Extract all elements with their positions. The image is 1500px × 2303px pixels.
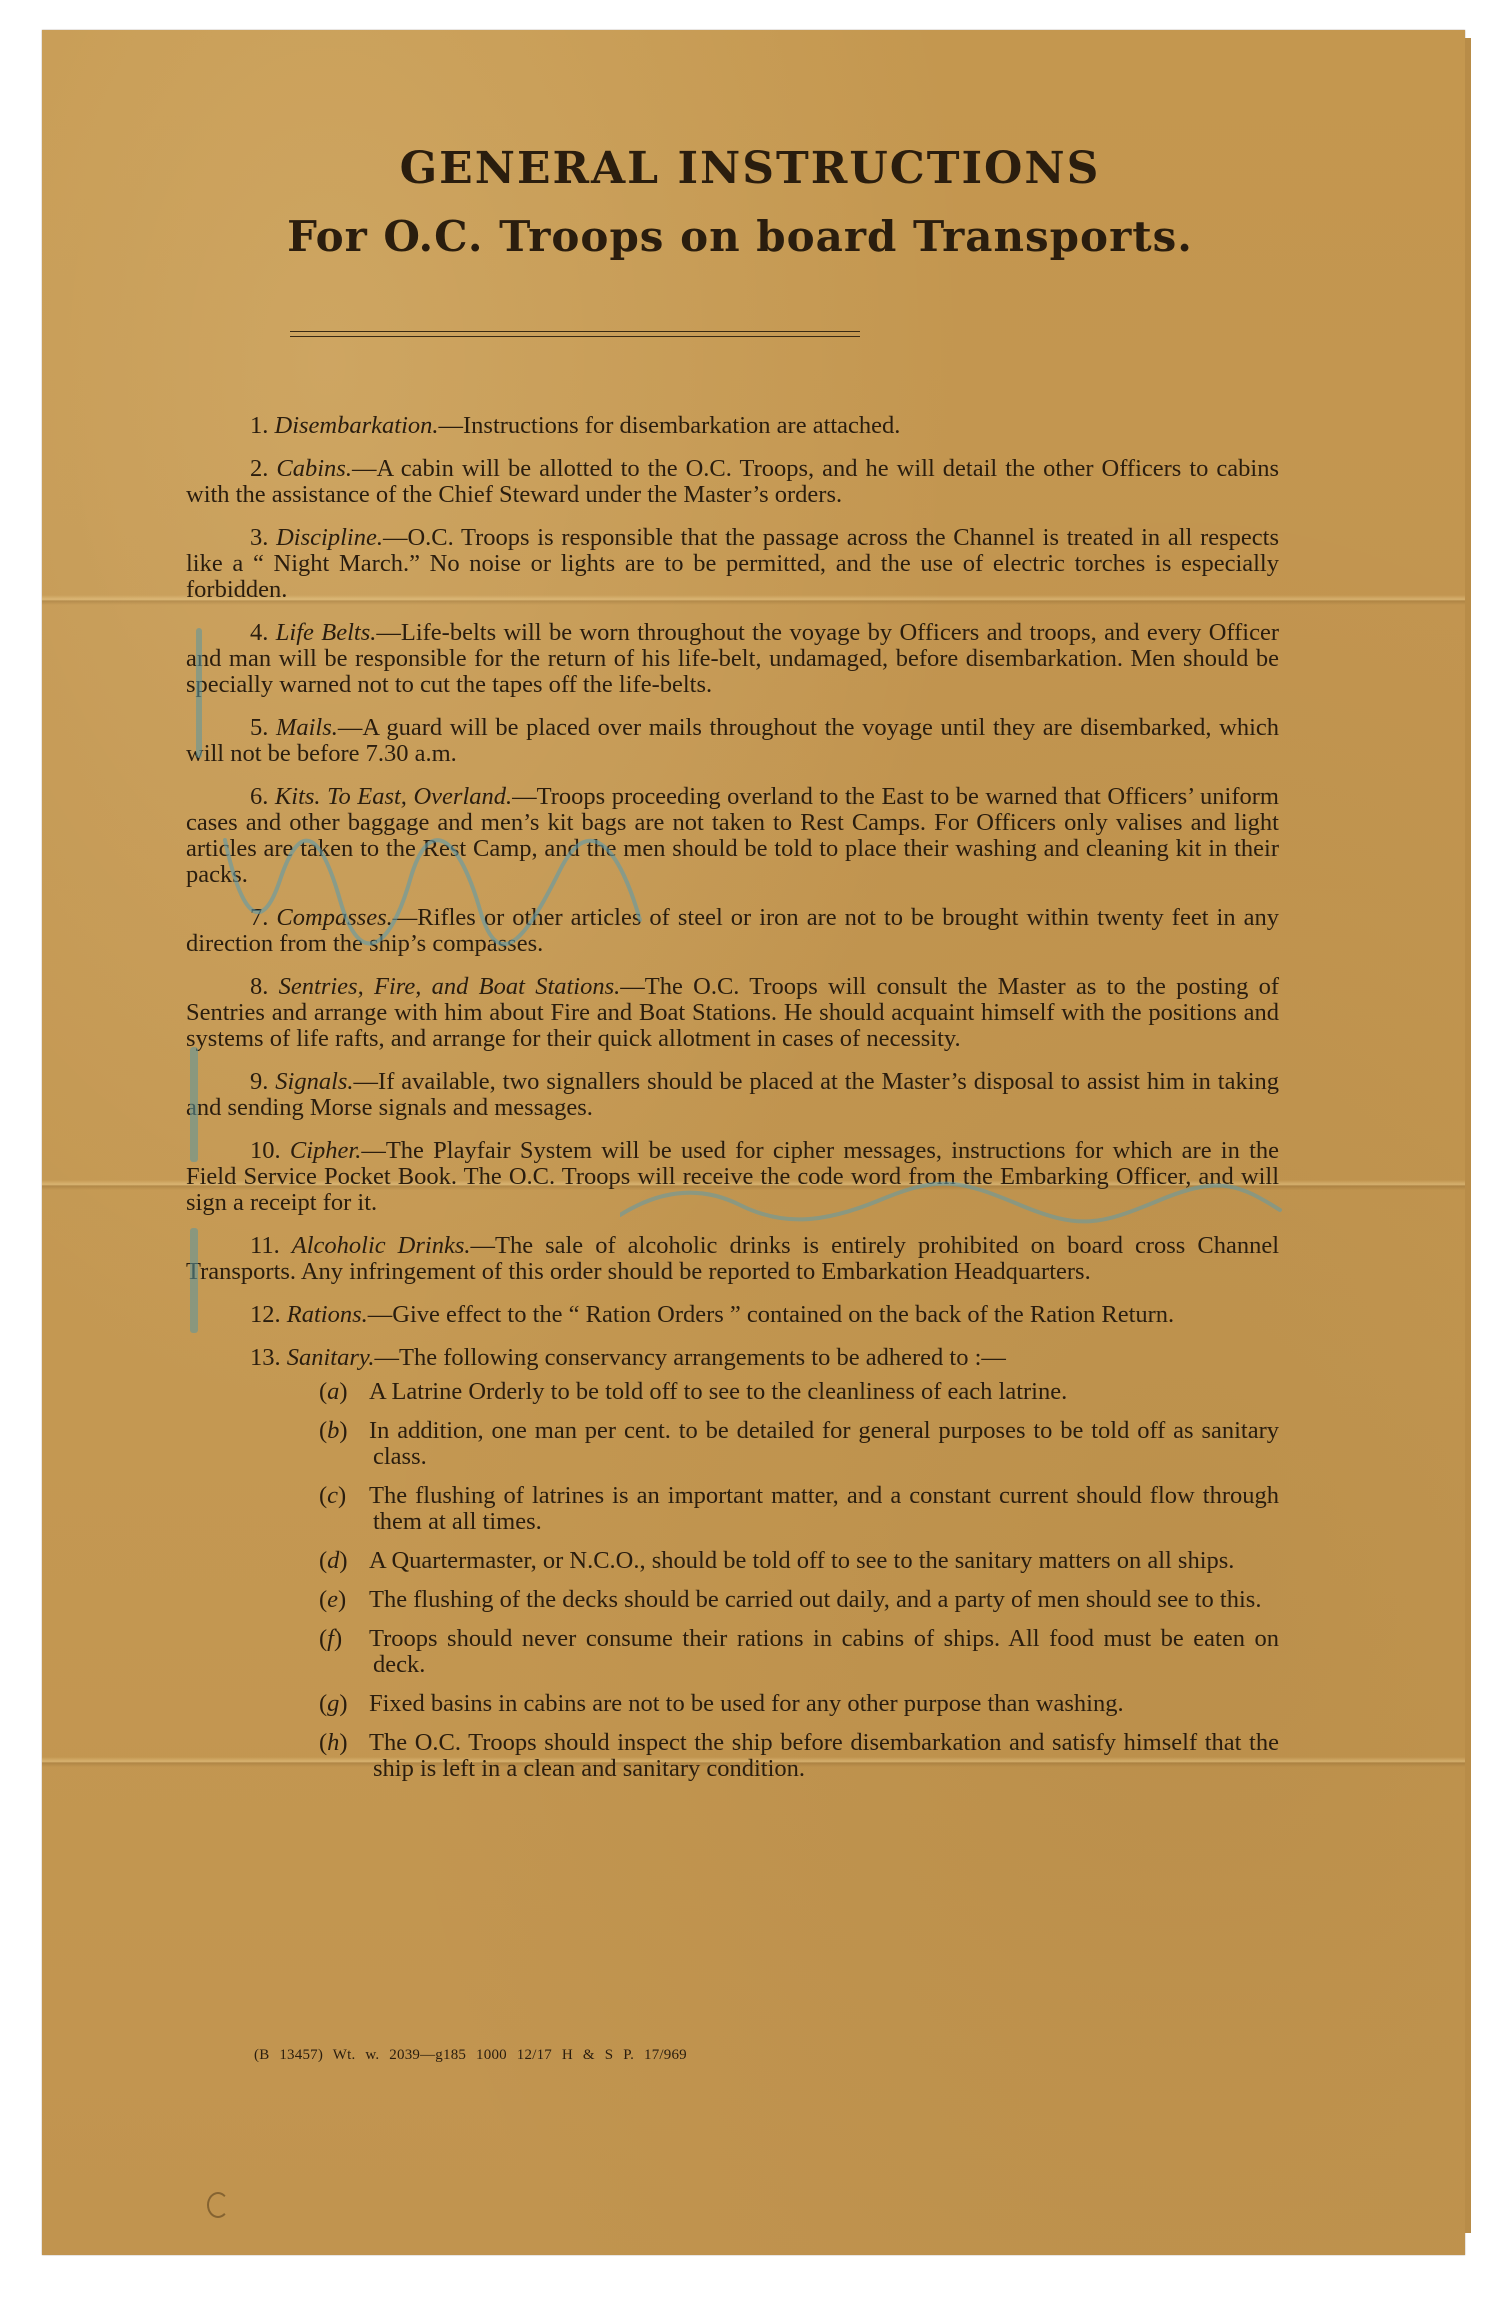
instruction-paragraph-5: 5. Mails.—A guard will be placed over ma… xyxy=(186,715,1279,767)
subitem-letter: (c) xyxy=(319,1483,369,1509)
subitem-text: The flushing of latrines is an important… xyxy=(369,1482,1279,1535)
instruction-paragraph-3: 3. Discipline.—O.C. Troops is responsibl… xyxy=(186,525,1279,603)
paragraph-number: 7. xyxy=(250,904,268,931)
instruction-paragraph-4: 4. Life Belts.—Life-belts will be worn t… xyxy=(186,620,1279,698)
paragraph-heading: Compasses. xyxy=(276,904,392,931)
instruction-paragraph-7: 7. Compasses.—Rifles or other articles o… xyxy=(186,905,1279,957)
instruction-paragraph-13: 13. Sanitary.—The following conservancy … xyxy=(186,1345,1279,1371)
paragraph-number: 2. xyxy=(250,455,268,482)
sanitary-item-a: (a)A Latrine Orderly to be told off to s… xyxy=(186,1379,1279,1405)
paragraph-number: 13. xyxy=(250,1344,281,1371)
document-title: GENERAL INSTRUCTIONS xyxy=(0,143,1500,194)
subitem-letter: (f) xyxy=(319,1626,369,1652)
paragraph-heading: Kits. To East, Overland. xyxy=(275,783,512,810)
paragraph-heading: Alcoholic Drinks. xyxy=(292,1232,471,1259)
paragraph-heading: Sentries, Fire, and Boat Stations. xyxy=(279,973,621,1000)
blue-pencil-margin-mark xyxy=(190,1047,198,1162)
sanitary-subitems-list: (a)A Latrine Orderly to be told off to s… xyxy=(186,1379,1279,1782)
paragraph-number: 8. xyxy=(250,973,268,1000)
instruction-paragraph-1: 1. Disembarkation.—Instructions for dise… xyxy=(186,413,1279,439)
subitem-text: A Latrine Orderly to be told off to see … xyxy=(369,1378,1067,1405)
paragraph-number: 10. xyxy=(250,1137,281,1164)
instruction-paragraph-10: 10. Cipher.—The Playfair System will be … xyxy=(186,1138,1279,1216)
paragraph-heading: Discipline. xyxy=(276,524,383,551)
subitem-letter: (e) xyxy=(319,1587,369,1613)
paragraph-number: 3. xyxy=(250,524,268,551)
paragraph-number: 9. xyxy=(250,1068,268,1095)
instruction-paragraph-12: 12. Rations.—Give effect to the “ Ration… xyxy=(186,1302,1279,1328)
title-divider-rule xyxy=(290,331,860,337)
blue-pencil-margin-mark xyxy=(196,628,202,758)
paragraph-heading: Life Belts. xyxy=(276,619,377,646)
subitem-text: The flushing of the decks should be carr… xyxy=(369,1586,1261,1613)
paragraph-number: 4. xyxy=(250,619,268,646)
instructions-body: 1. Disembarkation.—Instructions for dise… xyxy=(186,413,1279,1795)
paragraph-heading: Signals. xyxy=(275,1068,353,1095)
sanitary-item-b: (b)In addition, one man per cent. to be … xyxy=(186,1418,1279,1470)
instruction-paragraph-9: 9. Signals.—If available, two signallers… xyxy=(186,1069,1279,1121)
subitem-text: Fixed basins in cabins are not to be use… xyxy=(369,1690,1124,1717)
paragraph-heading: Mails. xyxy=(276,714,338,741)
paragraph-number: 5. xyxy=(250,714,268,741)
subitem-text: Troops should never consume their ration… xyxy=(369,1625,1279,1678)
paragraph-text: —The following conservancy arrangements … xyxy=(375,1344,1006,1371)
subitem-text: A Quartermaster, or N.C.O., should be to… xyxy=(369,1547,1234,1574)
blue-pencil-margin-mark xyxy=(190,1228,198,1333)
sanitary-item-d: (d)A Quartermaster, or N.C.O., should be… xyxy=(186,1548,1279,1574)
instruction-paragraph-8: 8. Sentries, Fire, and Boat Stations.—Th… xyxy=(186,974,1279,1052)
subitem-letter: (g) xyxy=(319,1691,369,1717)
subitem-letter: (a) xyxy=(319,1379,369,1405)
paragraph-heading: Cabins. xyxy=(276,455,352,482)
subitem-text: In addition, one man per cent. to be det… xyxy=(369,1417,1279,1470)
sanitary-item-f: (f)Troops should never consume their rat… xyxy=(186,1626,1279,1678)
paragraph-text: —Instructions for disembarkation are att… xyxy=(439,412,901,439)
paragraph-number: 1. xyxy=(250,412,268,439)
paragraph-heading: Cipher. xyxy=(290,1137,361,1164)
instruction-paragraph-2: 2. Cabins.—A cabin will be allotted to t… xyxy=(186,456,1279,508)
document-subtitle: For O.C. Troops on board Transports. xyxy=(0,212,1490,261)
sanitary-item-h: (h)The O.C. Troops should inspect the sh… xyxy=(186,1730,1279,1782)
instruction-paragraph-6: 6. Kits. To East, Overland.—Troops proce… xyxy=(186,784,1279,888)
instruction-paragraph-11: 11. Alcoholic Drinks.—The sale of alcoho… xyxy=(186,1233,1279,1285)
paragraph-number: 11. xyxy=(250,1232,280,1259)
sanitary-item-g: (g)Fixed basins in cabins are not to be … xyxy=(186,1691,1279,1717)
paragraph-text: —A guard will be placed over mails throu… xyxy=(186,714,1279,767)
paragraph-heading: Disembarkation. xyxy=(275,412,439,439)
subitem-text: The O.C. Troops should inspect the ship … xyxy=(369,1729,1279,1782)
paper-blemish xyxy=(207,2192,229,2218)
paragraph-heading: Rations. xyxy=(287,1301,368,1328)
sanitary-item-e: (e)The flushing of the decks should be c… xyxy=(186,1587,1279,1613)
printer-imprint: (B 13457) Wt. w. 2039—g185 1000 12/17 H … xyxy=(254,2047,687,2064)
paragraph-number: 12. xyxy=(250,1301,281,1328)
sanitary-item-c: (c)The flushing of latrines is an import… xyxy=(186,1483,1279,1535)
paragraph-text: —Give effect to the “ Ration Orders ” co… xyxy=(368,1301,1174,1328)
subitem-letter: (d) xyxy=(319,1548,369,1574)
subitem-letter: (h) xyxy=(319,1730,369,1756)
subitem-letter: (b) xyxy=(319,1418,369,1444)
paragraph-heading: Sanitary. xyxy=(287,1344,375,1371)
paragraph-number: 6. xyxy=(250,783,268,810)
